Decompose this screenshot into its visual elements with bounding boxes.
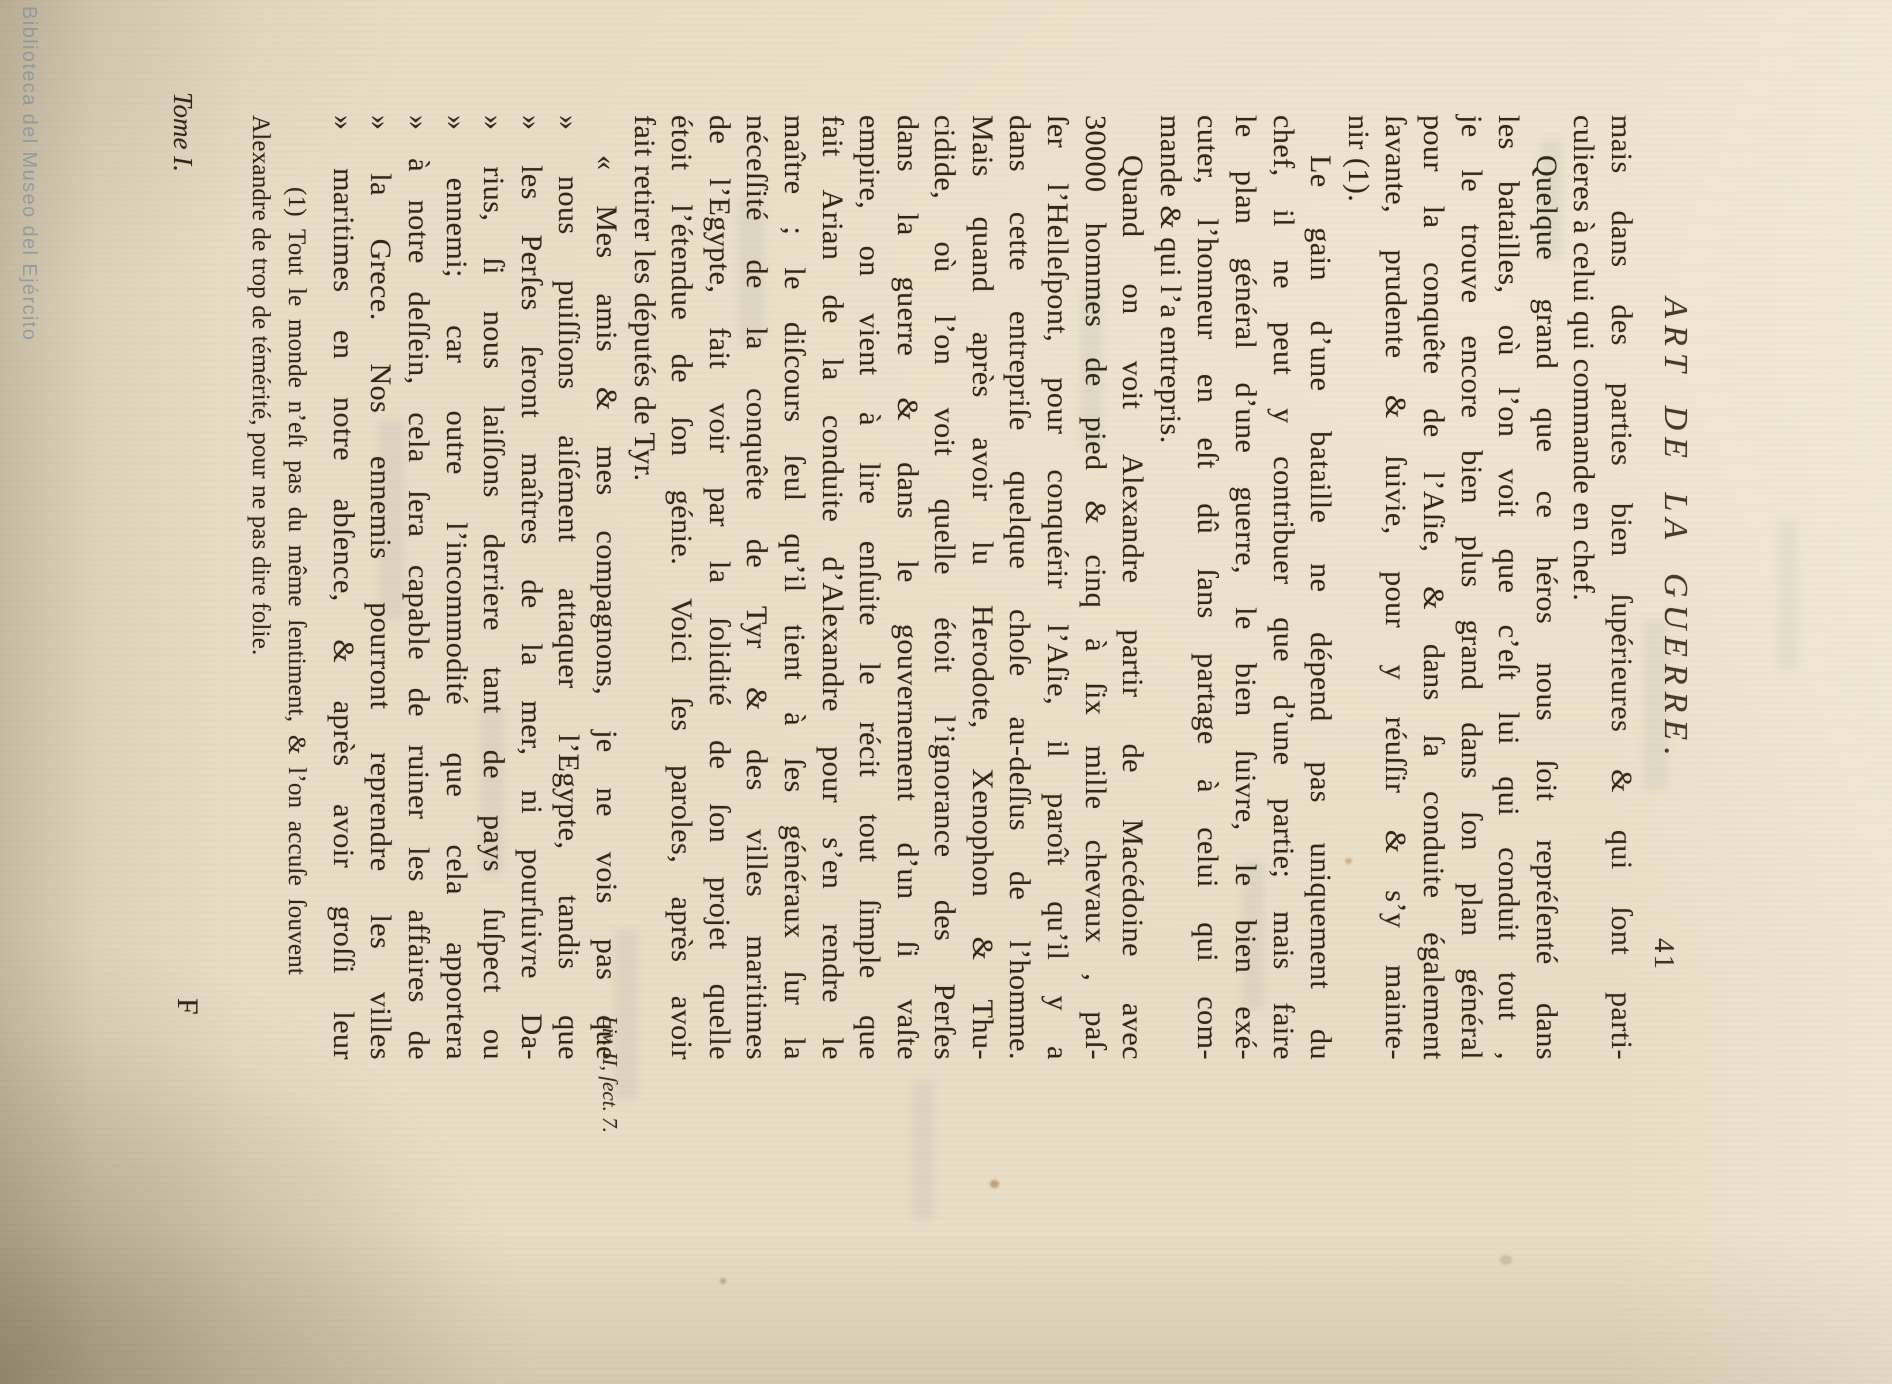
body-line: » rius, ſi nous laiſſons derriere tant d… [475,115,513,1060]
body-line: 30000 hommes de pied & cinq à ſix mille … [1076,115,1114,1060]
library-watermark: Biblioteca del Museo del Ejército [17,6,40,341]
paper-fleck [990,1180,999,1188]
body-line: ſer l’Helleſpont, pour conquérir l’Aſie,… [1039,115,1077,1060]
body-line: les batailles, où l’on voit que c’eſt lu… [1490,115,1528,1060]
footnote: (1) Tout le monde n’eſt pas du même ſent… [242,115,314,975]
volume-label: Tome I. [167,92,198,172]
body-line: (1) Tout le monde n’eſt pas du même ſent… [278,115,314,975]
book-page: ART DE LA GUERRE. 41 mais dans des parti… [0,0,1892,1384]
body-line: » à notre deſſein, cela ſera capable de … [399,115,437,1060]
body-line: chef, il ne peut y contribuer que d’une … [1264,115,1302,1060]
signature-letter: F [170,998,204,1015]
body-line: » ennemi; car outre l’incommodité que ce… [437,115,475,1060]
body-line: empire, on vient à lire enſuite le récit… [851,115,889,1060]
scanned-book-page: ART DE LA GUERRE. 41 mais dans des parti… [0,0,1892,1384]
body-line: Mais quand après avoir lu Herodote, Xeno… [963,115,1001,1060]
body-line: nir (1). [1339,115,1377,1060]
body-line: dans cette entrepriſe quelque choſe au-d… [1001,115,1039,1060]
body-line: cidide, où l’on voit quelle étoit l’igno… [926,115,964,1060]
body-line: » nous puiſſions aiſément attaquer l’Egy… [550,115,588,1060]
body-line: étoit l’étendue de ſon génie. Voici ſes … [663,115,701,1060]
body-line: » maritimes en notre abſence, & après av… [324,115,362,1060]
body-line: culieres à celui qui commande en chef. [1565,115,1603,1060]
paper-fleck [1345,858,1352,864]
margin-note: Liv. II, ſect. 7. [597,1016,622,1133]
show-through-smudge [1778,520,1798,670]
body-line: Quand on voit Alexandre partir de Macédo… [1114,115,1152,1060]
body-line: néceſſité de la conquête de Tyr & des vi… [738,115,776,1060]
body-line: » la Grece. Nos ennemis pourront reprend… [362,115,400,1060]
body-line: fait retirer les députés de Tyr. [625,115,663,1060]
running-header: ART DE LA GUERRE. [1657,297,1694,762]
body-line: le plan général d’une guerre, le bien ſu… [1226,115,1264,1060]
body-line: dans la guerre & dans le gouvernement d’… [888,115,926,1060]
paper-fleck [720,1278,726,1284]
body-line: mande & qui l’a entrepris. [1151,115,1189,1060]
body-line: mais dans des parties bien ſupérieures &… [1602,115,1640,1060]
paper-fleck [1500,1255,1512,1265]
body-line: » les Perſes ſeront maîtres de la mer, n… [512,115,550,1060]
body-line: cuter, l’honneur en eſt dû ſans partage … [1189,115,1227,1060]
body-line: je le trouve encore bien plus grand dans… [1452,115,1490,1060]
body-line: Le gain d’une bataille ne dépend pas uni… [1302,115,1340,1060]
body-text: mais dans des parties bien ſupérieures &… [324,115,1640,1060]
body-line: pour la conquête de l’Aſie, & dans ſa co… [1414,115,1452,1060]
body-line: ſavante, prudente & ſuivie, pour y réuſſ… [1377,115,1415,1060]
show-through-smudge [912,1080,934,1220]
body-line: Quelque grand que ce héros nous ſoit rep… [1527,115,1565,1060]
page-number: 41 [1647,938,1680,971]
body-line: « Mes amis & mes compagnons, je ne vois … [587,115,625,1060]
body-line: maître ; le diſcours ſeul qu’il tient à … [775,115,813,1060]
body-line: de l’Egypte, fait voir par la ſolidité d… [700,115,738,1060]
header-row: ART DE LA GUERRE. [1656,115,1694,945]
body-line: fait Arian de la conduite d’Alexandre po… [813,115,851,1060]
body-line: Alexandre de trop de témérité, pour ne p… [242,115,278,975]
